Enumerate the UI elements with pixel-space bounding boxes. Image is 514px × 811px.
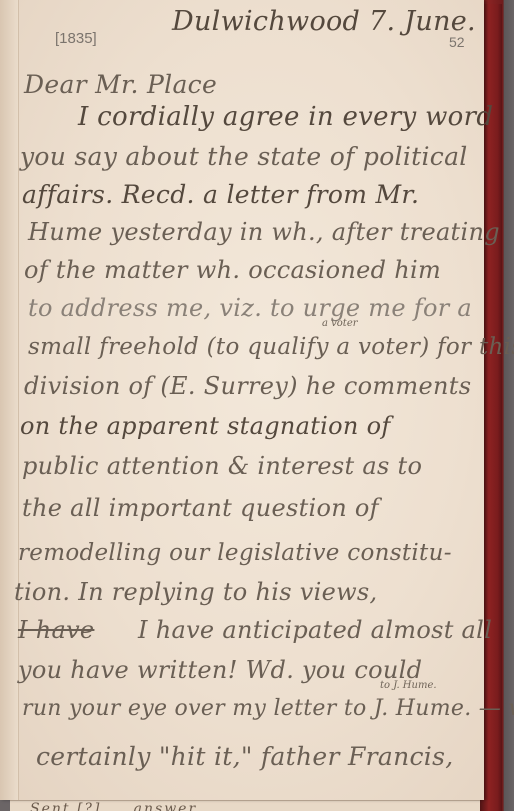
letter-line: small freehold (to qualify a voter) for … (28, 334, 514, 360)
letter-line: run your eye over my letter to J. Hume. … (22, 696, 514, 721)
letter-line: of the matter wh. occasioned him (24, 256, 441, 284)
letter-line: Hume yesterday in wh., after treating (28, 218, 500, 246)
underlying-page-text: Sent [?] ... answer ... (30, 801, 223, 811)
letter-line: affairs. Recd. a letter from Mr. (22, 180, 419, 209)
letter-line: I have anticipated almost all (138, 616, 492, 644)
archive-year-label: [1835] (55, 30, 97, 47)
salutation: Dear Mr. Place (24, 70, 217, 99)
letter-line: division of (E. Surrey) he comments (24, 372, 471, 400)
interlinear-insertion: to J. Hume. (380, 680, 437, 691)
letter-line: I have (18, 616, 94, 644)
letter-line: remodelling our legislative constitu- (18, 540, 452, 566)
letter-page: [1835] 52 Dulwichwood 7. June. Dear Mr. … (0, 0, 484, 800)
letter-line: to address me, viz. to urge me for a (28, 294, 472, 322)
letter-line: tion. In replying to his views, (14, 578, 377, 606)
interlinear-insertion: a voter (322, 318, 358, 329)
letter-line: the all important question of (22, 494, 379, 522)
struck-text: I have (18, 616, 94, 644)
letter-line: I cordially agree in every word (78, 102, 493, 132)
letter-line: you say about the state of political (20, 142, 468, 171)
page-gutter (0, 0, 19, 800)
letter-line: public attention & interest as to (22, 452, 422, 480)
letter-line: certainly "hit it," father Francis, (36, 742, 453, 771)
letter-line: on the apparent stagnation of (20, 412, 391, 440)
letter-line: you have written! Wd. you could (18, 656, 422, 684)
letter-heading: Dulwichwood 7. June. (172, 6, 476, 37)
